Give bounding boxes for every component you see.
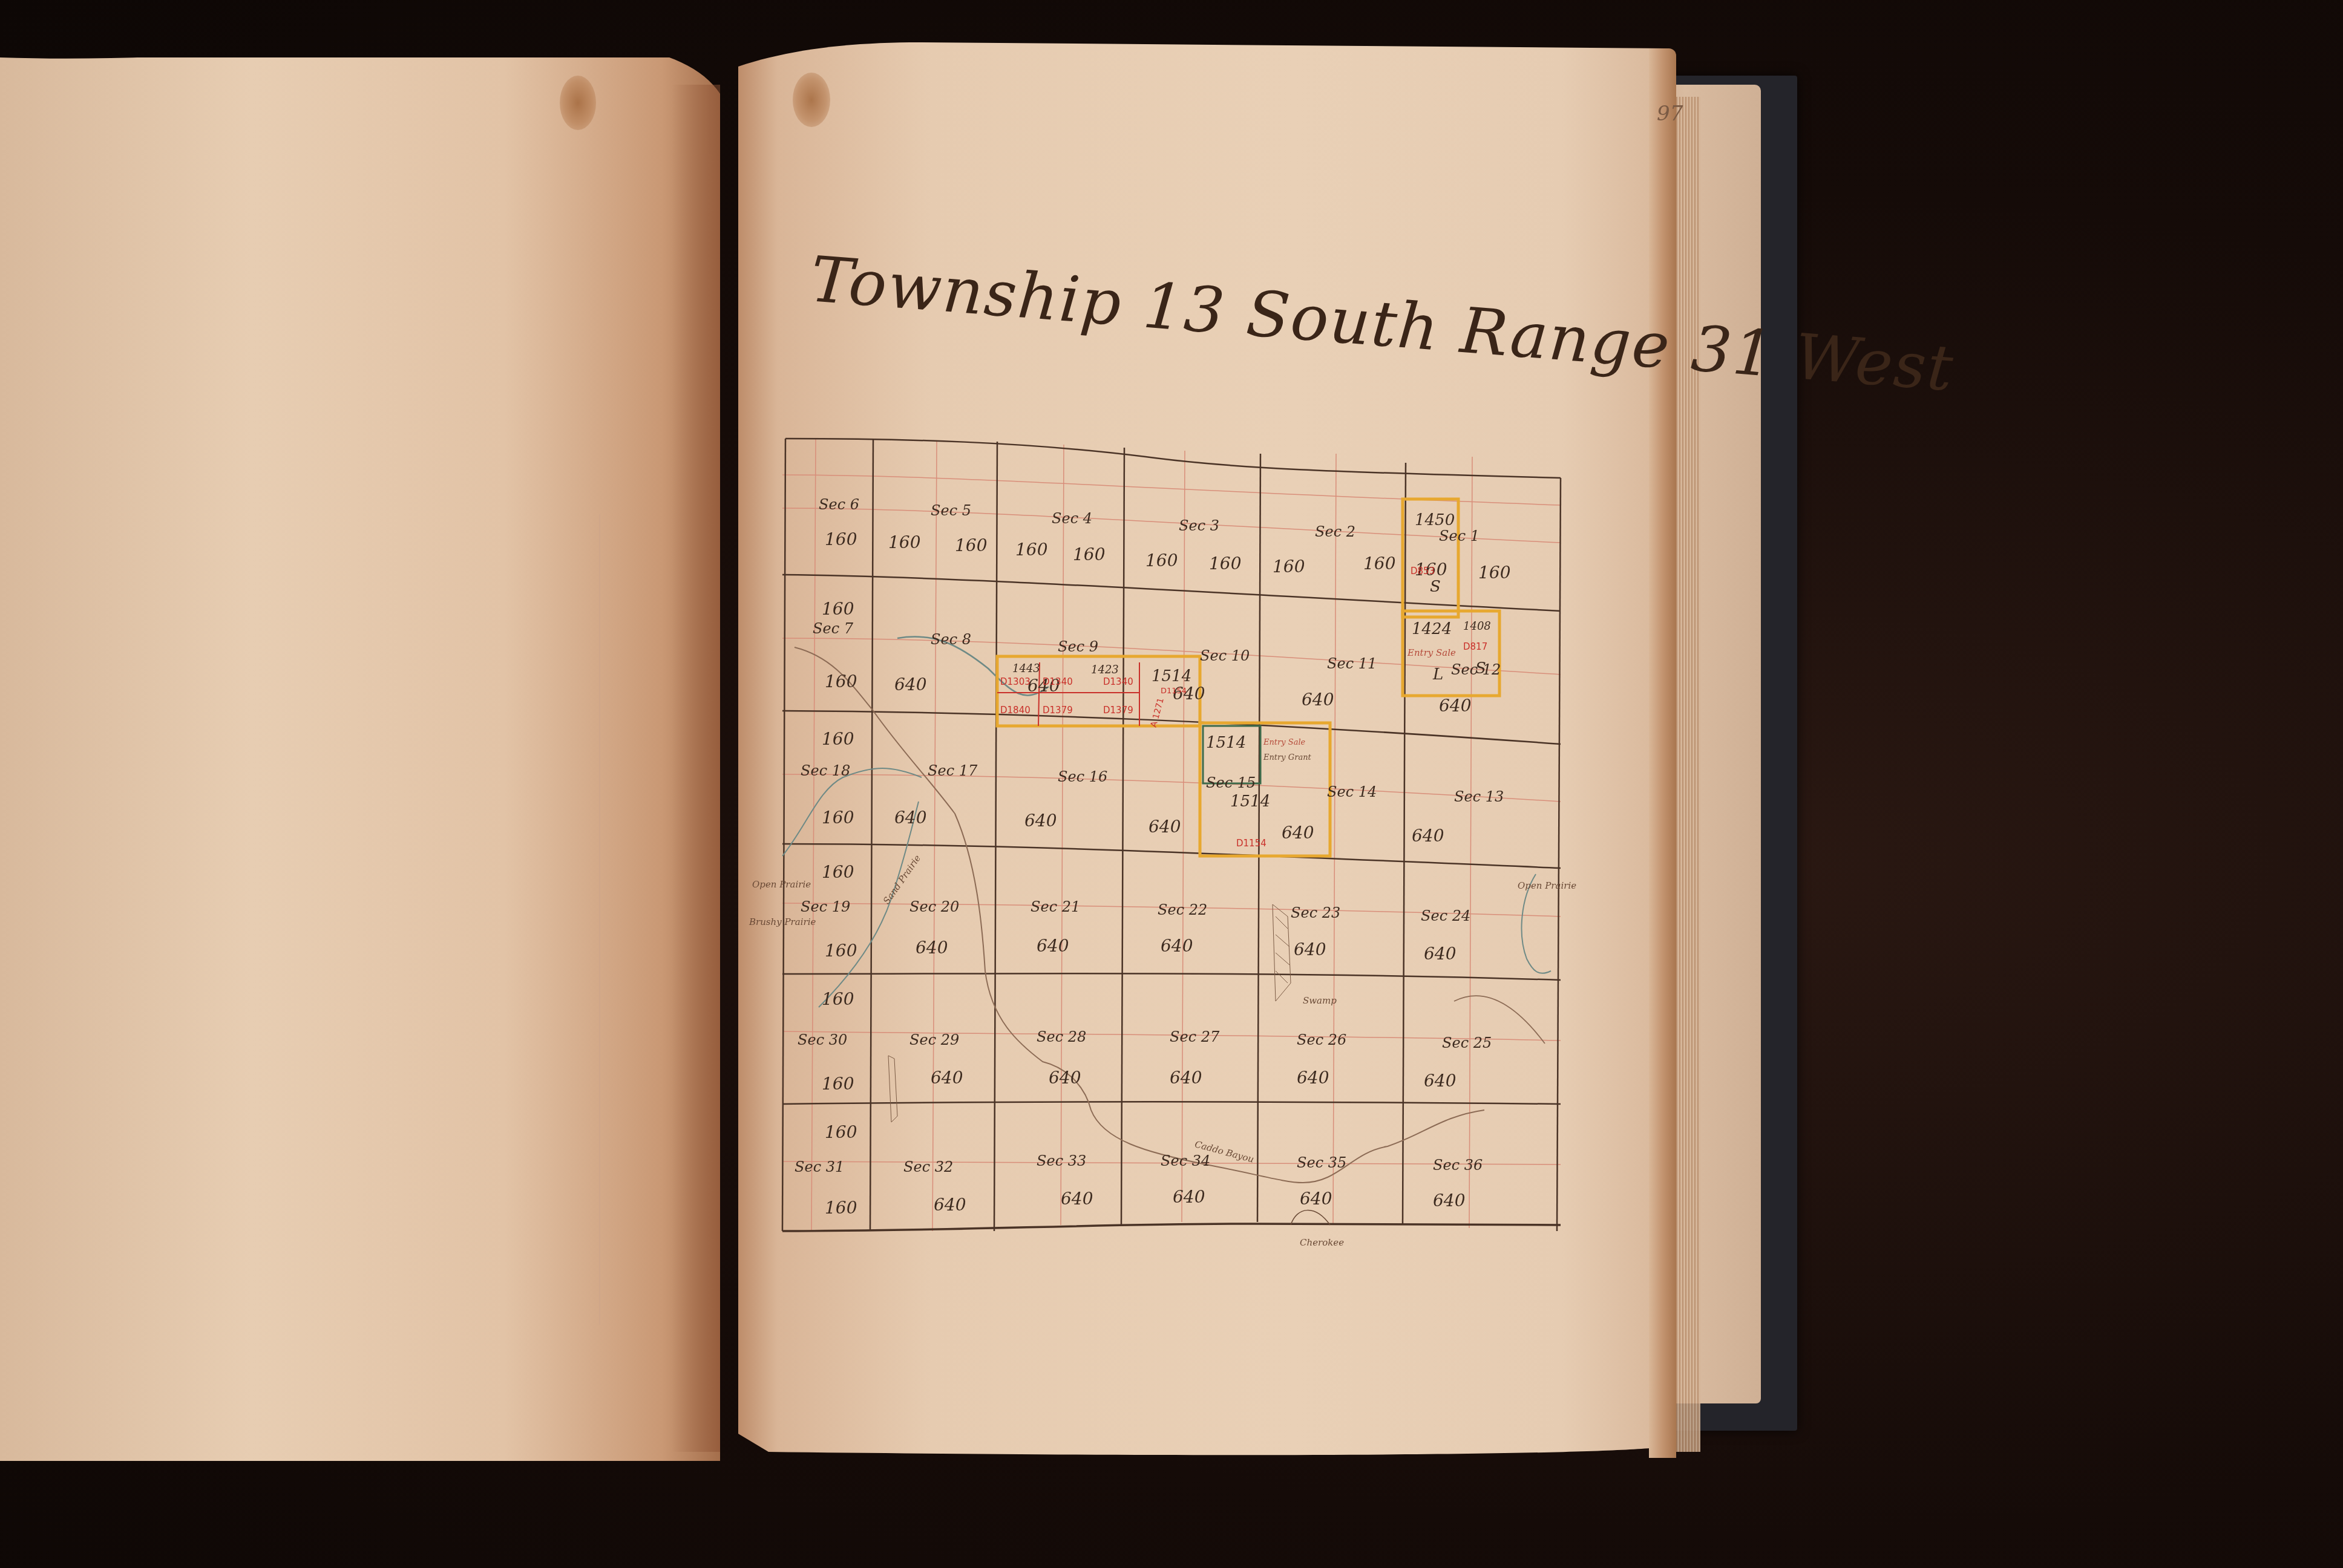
section-label: Sec 24 [1421, 907, 1470, 924]
entry-number: 1514 [1206, 734, 1246, 752]
stain-right-page [793, 73, 830, 127]
acreage: 640 [1037, 936, 1069, 956]
acreage: 160 [825, 1122, 857, 1142]
section-label: Sec 21 [1031, 898, 1080, 915]
section-label: Sec 1 [1439, 528, 1480, 544]
acreage: 640 [1161, 936, 1193, 956]
entry-number: 1424 [1412, 620, 1452, 638]
section-label: Sec 35 [1297, 1154, 1346, 1171]
entry-number: 1423 [1091, 664, 1119, 676]
right-page-edge [1649, 48, 1676, 1458]
deed-note: D1154 [1161, 687, 1187, 696]
acreage: 640 [1149, 817, 1181, 837]
acreage: 640 [931, 1068, 963, 1088]
bottom-feature-label: Cherokee [1300, 1237, 1344, 1248]
acreage: 160 [822, 862, 854, 882]
deed-note: D1379 [1103, 705, 1133, 716]
east-prairie-label: Open Prairie [1518, 880, 1576, 891]
entry-number: 1443 [1012, 662, 1040, 675]
acreage: 640 [1424, 944, 1456, 964]
section-label: Sec 6 [819, 496, 859, 513]
entry-mark: L [1433, 665, 1443, 684]
swamp-hatch [888, 904, 1291, 1122]
entry-number: 1514 [1230, 792, 1270, 811]
section-label: Sec 7 [813, 620, 853, 637]
entry-number: 1408 [1463, 620, 1491, 633]
entry-mark: S [1430, 578, 1441, 596]
acreage: 160 [1145, 550, 1178, 570]
section-label: Sec 25 [1442, 1034, 1492, 1051]
section-label: Sec 28 [1037, 1028, 1086, 1045]
left-page-blank [0, 57, 720, 1461]
section-label: Sec 32 [903, 1158, 953, 1175]
deed-note: D1154 [1236, 838, 1267, 849]
acreage: 160 [1015, 540, 1047, 560]
acreage: 640 [934, 1195, 966, 1215]
acreage: 160 [1363, 554, 1395, 573]
acreage: 160 [822, 599, 854, 619]
open-prairie-label: Open Prairie [752, 879, 811, 890]
acreage: 160 [825, 529, 857, 549]
section-label: Sec 18 [801, 762, 850, 779]
swamp-label: Swamp [1303, 995, 1337, 1006]
acreage: 640 [1433, 1191, 1465, 1210]
section-label: Sec 8 [931, 631, 971, 648]
acreage: 160 [822, 1074, 854, 1094]
deed-note: D1340 [1103, 676, 1133, 687]
section-label: Sec 29 [909, 1031, 959, 1048]
acreage: 640 [1300, 1189, 1332, 1209]
page-stack-edge [1676, 97, 1700, 1452]
deed-note: D1379 [1043, 705, 1073, 716]
entry-note: Entry Sale [1407, 647, 1456, 658]
section-label: Sec 3 [1179, 517, 1219, 534]
acreage: 640 [1024, 811, 1057, 831]
section-label: Sec 4 [1052, 510, 1092, 527]
left-page-faint-rule [599, 514, 600, 1325]
section-label: Sec 27 [1170, 1028, 1219, 1045]
acreage: 640 [1424, 1071, 1456, 1091]
acreage: 160 [955, 535, 987, 555]
deed-note: D1840 [1000, 705, 1031, 716]
acreage: 640 [894, 675, 926, 694]
acreage: 160 [822, 989, 854, 1009]
acreage: 640 [916, 938, 948, 958]
hill-symbol [1291, 1210, 1330, 1225]
section-label: Sec 13 [1454, 788, 1504, 805]
acreage: 160 [1273, 557, 1305, 577]
acreage: 640 [1302, 690, 1334, 710]
acreage: 640 [1049, 1068, 1081, 1088]
section-label: Sec 20 [909, 898, 959, 915]
acreage: 640 [1297, 1068, 1329, 1088]
acreage: 160 [1478, 563, 1510, 583]
acreage: 640 [1439, 696, 1471, 716]
brushy-prairie-label: Brushy Prairie [749, 916, 816, 927]
section-label: Sec 2 [1315, 523, 1355, 540]
left-page-gutter-shadow [672, 85, 720, 1452]
section-label: Sec 11 [1327, 655, 1377, 672]
section-label: Sec 36 [1433, 1157, 1483, 1174]
section-label: Sec 22 [1158, 901, 1207, 918]
township-plat-map: Sec 6 Sec 5 Sec 4 Sec 3 Sec 2 Sec 1 Sec … [782, 439, 1561, 1231]
section-label: Sec 16 [1058, 768, 1107, 785]
section-label: Sec 30 [798, 1031, 847, 1048]
stain-left-page [560, 76, 596, 130]
acreage: 640 [1294, 939, 1326, 959]
section-label: Sec 26 [1297, 1031, 1346, 1048]
section-label: Sec 17 [928, 762, 977, 779]
acreage: 640 [1412, 826, 1444, 846]
section-label: Sec 33 [1037, 1152, 1086, 1169]
section-label: Sec 10 [1200, 647, 1250, 664]
deed-note: D1340 [1043, 676, 1073, 687]
entry-note: Entry Grant [1263, 753, 1311, 762]
page-number: 97 [1657, 102, 1683, 126]
section-label: Sec 34 [1161, 1152, 1210, 1169]
entry-number: 1514 [1152, 667, 1191, 685]
acreage: 160 [1073, 544, 1105, 564]
acreage: 640 [1061, 1189, 1093, 1209]
acreage: 160 [822, 729, 854, 749]
acreage: 160 [825, 671, 857, 691]
entry-mark: S [1475, 659, 1486, 678]
acreage: 640 [1170, 1068, 1202, 1088]
section-label: Sec 9 [1058, 638, 1098, 655]
acreage: 160 [1209, 554, 1241, 573]
section-label: Sec 31 [795, 1158, 844, 1175]
section-label: Sec 19 [801, 898, 850, 915]
entry-note: Entry Sale [1263, 738, 1305, 747]
section-label: Sec 15 [1206, 774, 1256, 791]
section-label: Sec 23 [1291, 904, 1340, 921]
section-label: Sec 14 [1327, 783, 1377, 800]
acreage: 640 [894, 808, 926, 828]
acreage: 160 [825, 1198, 857, 1218]
acreage: 160 [888, 532, 920, 552]
section-label: Sec 5 [931, 502, 971, 519]
deed-note: D817 [1463, 641, 1487, 652]
deed-note: D853 [1411, 566, 1435, 577]
acreage: 640 [1173, 1187, 1205, 1207]
acreage: 160 [825, 941, 857, 961]
acreage: 640 [1282, 823, 1314, 843]
acreage: 160 [822, 808, 854, 828]
deed-note: D1303 [1000, 676, 1031, 687]
entry-number: 1450 [1415, 511, 1455, 529]
